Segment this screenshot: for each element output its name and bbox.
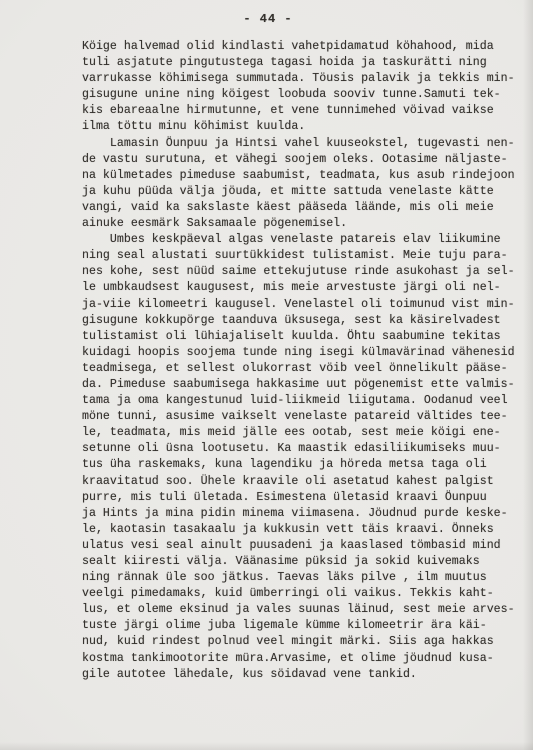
paragraph-3: Umbes keskpäeval algas venelaste patarei…: [82, 232, 518, 683]
scan-shadow-right: [523, 0, 533, 750]
paragraph-1: Köige halvemad olid kindlasti vahetpidam…: [82, 39, 518, 136]
body-text: Köige halvemad olid kindlasti vahetpidam…: [82, 39, 518, 683]
document-page: - 44 - Köige halvemad olid kindlasti vah…: [0, 0, 533, 750]
page-number: - 44 -: [82, 12, 454, 26]
scan-shadow-bottom: [0, 742, 533, 750]
paragraph-2: Lamasin Öunpuu ja Hintsi vahel kuuseokst…: [82, 136, 518, 233]
